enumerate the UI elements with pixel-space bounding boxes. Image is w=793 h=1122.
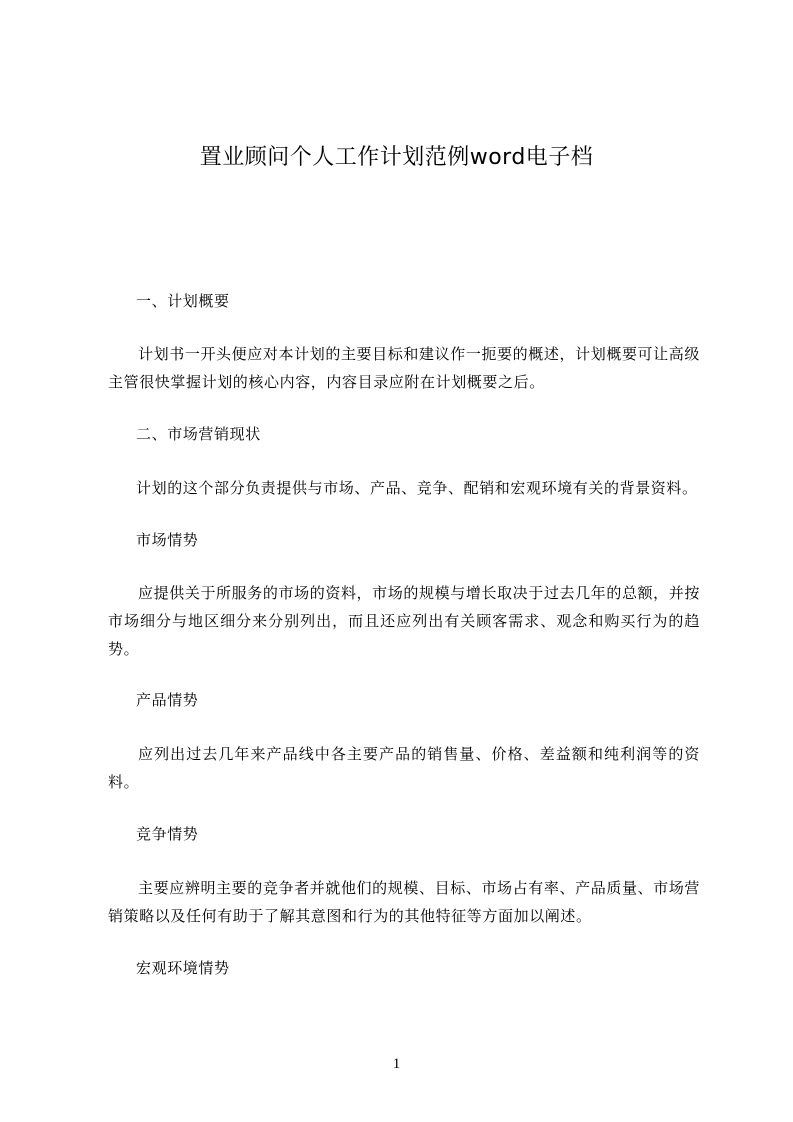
section-heading-macro-environment: 宏观环境情势: [108, 954, 728, 982]
section-heading-competition-situation: 竞争情势: [108, 820, 728, 848]
section-heading-market-situation: 市场情势: [108, 526, 728, 554]
paragraph-market-status: 计划的这个部分负责提供与市场、产品、竞争、配销和宏观环境有关的背景资料。: [108, 474, 700, 502]
paragraph-market-situation: 应提供关于所服务的市场的资料，市场的规模与增长取决于过去几年的总额，并按市场细分…: [108, 579, 700, 663]
paragraph-plan-summary: 计划书一开头便应对本计划的主要目标和建议作一扼要的概述，计划概要可让高级主管很快…: [108, 340, 700, 396]
document-title: 置业顾问个人工作计划范例word电子档: [0, 143, 793, 173]
section-heading-market-status: 二、市场营销现状: [108, 420, 728, 448]
paragraph-competition-situation: 主要应辨明主要的竞争者并就他们的规模、目标、市场占有率、产品质量、市场营销策略以…: [108, 874, 700, 930]
section-heading-plan-summary: 一、计划概要: [108, 287, 728, 315]
paragraph-product-situation: 应列出过去几年来产品线中各主要产品的销售量、价格、差益额和纯利润等的资料。: [108, 740, 700, 796]
section-heading-product-situation: 产品情势: [108, 686, 728, 714]
document-page: 置业顾问个人工作计划范例word电子档 一、计划概要 计划书一开头便应对本计划的…: [0, 0, 793, 1122]
page-number: 1: [0, 1054, 793, 1074]
